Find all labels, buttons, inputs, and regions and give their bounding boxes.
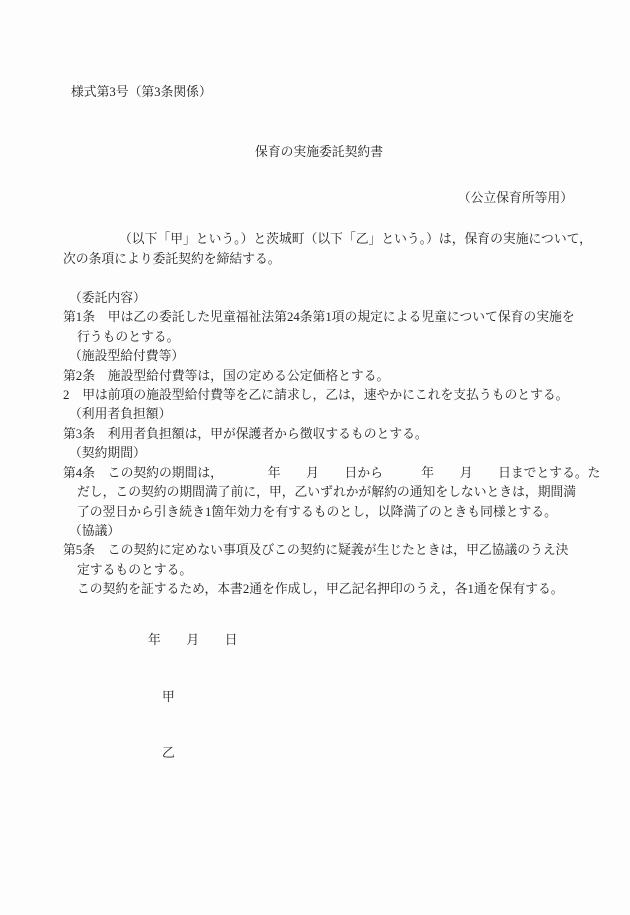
article-5-line-2: 定するものとする。 bbox=[63, 561, 575, 580]
article-4-heading: （契約期間） bbox=[63, 444, 575, 463]
article-1-heading: （委託内容） bbox=[63, 289, 575, 308]
article-3-heading: （利用者負担額） bbox=[63, 405, 575, 424]
article-3-line-1: 第3条 利用者負担額は，甲が保護者から徴収するものとする。 bbox=[63, 425, 575, 444]
article-2-line-1: 第2条 施設型給付費等は，国の定める公定価格とする。 bbox=[63, 367, 575, 386]
article-4-line-1: 第4条 この契約の期間は， 年 月 日から 年 月 日までとする。た bbox=[63, 464, 575, 483]
preamble-line-1: （以下「甲」という。）と茨城町（以下「乙」という。）は，保育の実施について， bbox=[63, 230, 575, 249]
form-number-label: 様式第3号（第3条関係） bbox=[63, 83, 575, 102]
usage-note: （公立保育所等用） bbox=[63, 189, 575, 208]
article-1-line-2: 行うものとする。 bbox=[63, 328, 575, 347]
preamble-line-2: 次の条項により委託契約を締結する。 bbox=[63, 250, 575, 269]
article-5-heading: （協議） bbox=[63, 522, 575, 541]
article-4-line-3: 了の翌日から引き続き1箇年効力を有するものとし，以降満了のときも同様とする。 bbox=[63, 503, 575, 522]
article-5-line-1: 第5条 この契約に定めない事項及びこの契約に疑義が生じたときは，甲乙協議のうえ決 bbox=[63, 541, 575, 560]
party-b-label: 乙 bbox=[63, 744, 575, 763]
article-4-line-2: だし，この契約の期間満了前に，甲，乙いずれかが解約の通知をしないときは，期間満 bbox=[63, 483, 575, 502]
article-2-paragraph-2: 2 甲は前項の施設型給付費等を乙に請求し，乙は，速やかにこれを支払うものとする。 bbox=[63, 386, 575, 405]
signature-date-line: 年 月 日 bbox=[63, 631, 575, 650]
contract-document-page: 様式第3号（第3条関係） 保育の実施委託契約書 （公立保育所等用） （以下「甲」… bbox=[0, 0, 630, 915]
party-a-label: 甲 bbox=[63, 688, 575, 707]
document-title: 保育の実施委託契約書 bbox=[63, 143, 575, 162]
article-2-heading: （施設型給付費等） bbox=[63, 347, 575, 366]
articles-section: （委託内容） 第1条 甲は乙の委託した児童福祉法第24条第1項の規定による児童に… bbox=[63, 289, 575, 600]
closing-statement: この契約を証するため，本書2通を作成し，甲乙記名押印のうえ，各1通を保有する。 bbox=[63, 580, 575, 599]
article-1-line-1: 第1条 甲は乙の委託した児童福祉法第24条第1項の規定による児童について保育の実… bbox=[63, 308, 575, 327]
